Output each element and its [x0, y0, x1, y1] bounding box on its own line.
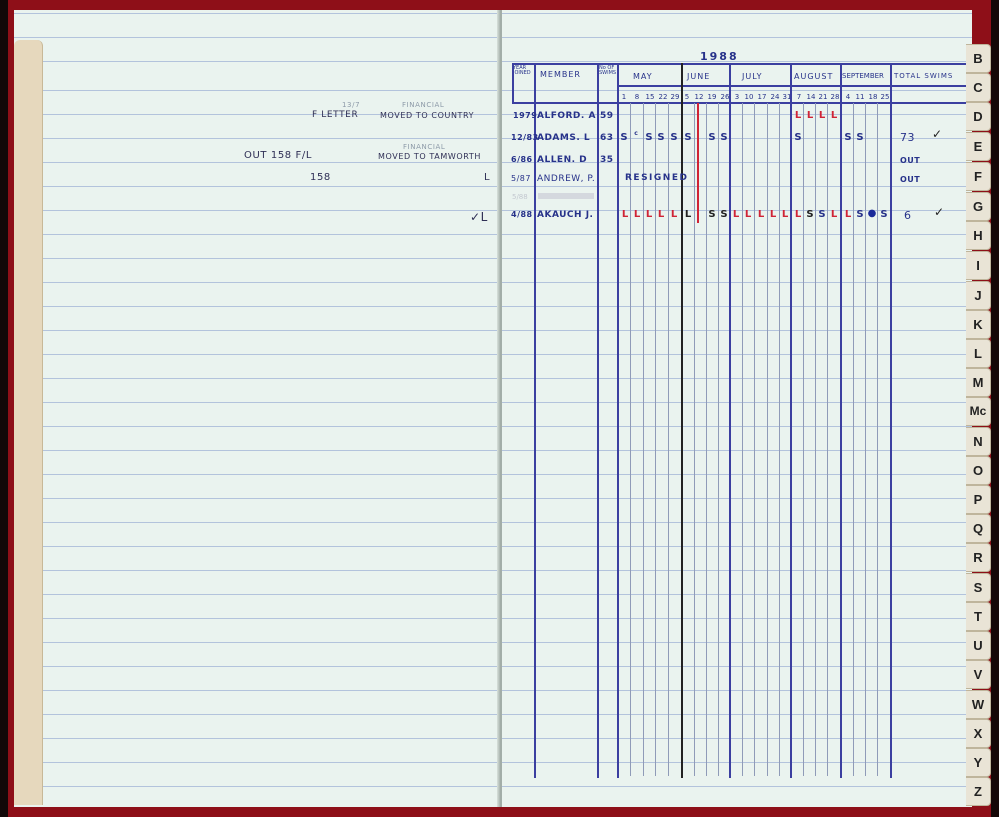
index-tab-x[interactable]: X [966, 719, 991, 748]
note-f-letter: F LETTER [312, 110, 358, 120]
index-tab-i[interactable]: I [966, 251, 991, 280]
date-line [779, 103, 780, 776]
header-no-of-swims: No OF SWIMS [599, 66, 617, 76]
mark-jun-19: S [706, 132, 718, 143]
year-joined: 4/88 [511, 210, 533, 219]
index-tab-p[interactable]: P [966, 485, 991, 514]
date-line [630, 103, 631, 776]
col-line-july [729, 63, 731, 778]
header-year-joined: YEAR JOINED [513, 66, 535, 76]
date-line [742, 103, 743, 776]
mark-may-8: L [631, 209, 643, 220]
mark-may-22: L [655, 209, 667, 220]
mark-aug-7: L [792, 110, 804, 121]
col-line-swims [597, 63, 599, 778]
mark-aug-7: L [792, 209, 804, 220]
check-icon: ✓ [934, 205, 944, 219]
date-line [754, 103, 755, 776]
date-line [803, 103, 804, 776]
date-line [767, 103, 768, 776]
date-jun-12: 12 [692, 93, 706, 101]
mark-may-1: S [618, 132, 630, 143]
index-tab-l[interactable]: L [966, 339, 991, 368]
mark-may-1: L [619, 209, 631, 220]
note-date: 13/7 [342, 101, 360, 109]
date-line [827, 103, 828, 776]
total-swims: 73 [900, 131, 915, 144]
note-out-158: OUT 158 F/L [244, 150, 312, 161]
index-tab-z[interactable]: Z [966, 777, 991, 806]
header-month-june: JUNE [687, 72, 710, 81]
col-line-may [617, 63, 619, 778]
mark-aug-28: L [828, 209, 840, 220]
header-month-may: MAY [633, 72, 653, 81]
mark-may-29: L [668, 209, 680, 220]
index-tab-d[interactable]: D [966, 102, 991, 131]
index-tab-o[interactable]: O [966, 456, 991, 485]
index-tab-k[interactable]: K [966, 310, 991, 339]
header-month-august: AUGUST [794, 72, 833, 81]
header-month-september: SEPTEMBER [842, 72, 884, 80]
mark-jun-5: S [682, 132, 694, 143]
member-name: ADAMS. L [537, 133, 590, 143]
date-line [815, 103, 816, 776]
col-line-member [534, 63, 536, 778]
member-name: ALLEN. D [537, 155, 587, 165]
header-month-july: JULY [742, 72, 763, 81]
red-cutoff-line [697, 103, 699, 223]
left-page [14, 10, 499, 807]
index-tab-e[interactable]: E [966, 132, 991, 161]
header-total-swims: TOTAL SWIMS [894, 72, 953, 80]
date-jul-17: 17 [755, 93, 769, 101]
mark-may-15: L [643, 209, 655, 220]
date-line [865, 103, 866, 776]
mark-aug-7: S [792, 132, 804, 143]
index-tab-q[interactable]: Q [966, 514, 991, 543]
member-name: ALFORD. A [537, 111, 596, 121]
index-tab-h[interactable]: H [966, 221, 991, 250]
right-page [502, 10, 972, 807]
date-line [643, 103, 644, 776]
mark-may-15: S [643, 132, 655, 143]
swim-count: 59 [600, 111, 614, 121]
mark-jul-24: L [767, 209, 779, 220]
note-moved-country: MOVED TO COUNTRY [380, 111, 474, 120]
mark-jun-5: L [682, 209, 694, 220]
note-financial: FINANCIAL [403, 143, 445, 151]
member-name: ANDREW, P. [537, 174, 595, 184]
index-tab-m[interactable]: M [966, 368, 991, 397]
mark-jul-3: L [730, 209, 742, 220]
header-top-line [512, 63, 968, 65]
date-line [853, 103, 854, 776]
date-sep-11: 11 [853, 93, 867, 101]
year-joined: 6/86 [511, 155, 533, 164]
ledger-year: 1988 [700, 50, 739, 63]
swim-count: 35 [600, 155, 614, 165]
swim-count: 63 [600, 133, 614, 143]
note-check-l: ✓L [470, 210, 488, 224]
mark-jun-26: S [718, 209, 730, 220]
mark-sep-25: S [878, 209, 890, 220]
index-tab-n[interactable]: N [966, 427, 991, 456]
index-tab-mc[interactable]: Mc [966, 397, 991, 426]
date-may-15: 15 [643, 93, 657, 101]
mark-may-29: S [668, 132, 680, 143]
mark-jul-17: L [755, 209, 767, 220]
year-joined-struck: 5/88 [512, 193, 528, 201]
date-line [718, 103, 719, 776]
mark-aug-21: S [816, 209, 828, 220]
header-member: MEMBER [540, 70, 581, 79]
date-line [668, 103, 669, 776]
ink-blot-sep-18: ● [866, 208, 878, 219]
mark-may-8: c [630, 130, 642, 137]
date-jun-19: 19 [705, 93, 719, 101]
date-may-1: 1 [617, 93, 631, 101]
index-tab-j[interactable]: J [966, 281, 991, 310]
col-line [512, 63, 514, 103]
date-line [706, 103, 707, 776]
mark-jul-10: L [742, 209, 754, 220]
year-joined: 5/87 [511, 174, 531, 183]
date-jul-10: 10 [742, 93, 756, 101]
member-struck [538, 193, 594, 199]
col-line-august [790, 63, 792, 778]
index-tab-f[interactable]: F [966, 162, 991, 191]
left-page-flap [14, 40, 43, 805]
mark-aug-14: L [804, 110, 816, 121]
note-financial: FINANCIAL [402, 101, 444, 109]
member-name: AKAUCH J. [537, 210, 593, 220]
col-line-total [890, 63, 892, 778]
mark-sep-11: S [854, 209, 866, 220]
index-tab-s[interactable]: S [966, 573, 991, 602]
mark-may-22: S [655, 132, 667, 143]
mark-aug-21: L [816, 110, 828, 121]
mark-sep-4: L [842, 209, 854, 220]
index-tab-g[interactable]: G [966, 192, 991, 221]
index-tab-b[interactable]: B [966, 44, 991, 73]
total-swims: 6 [904, 209, 912, 222]
date-line [694, 103, 695, 776]
mark-jul-31: L [779, 209, 791, 220]
date-line [655, 103, 656, 776]
total-swims-out: OUT [900, 156, 920, 165]
index-tab-t[interactable]: T [966, 602, 991, 631]
index-tab-v[interactable]: V [966, 660, 991, 689]
mark-aug-28: L [828, 110, 840, 121]
header-bottom-line [512, 102, 968, 104]
mark-jun-26: S [718, 132, 730, 143]
date-may-8: 8 [630, 93, 644, 101]
index-tab-u[interactable]: U [966, 631, 991, 660]
month-divider-line [618, 85, 968, 87]
mark-aug-14: S [804, 209, 816, 220]
year-joined: 1979 [513, 111, 537, 120]
mark-sep-4: S [842, 132, 854, 143]
col-line-september [840, 63, 842, 778]
index-tab-w[interactable]: W [966, 690, 991, 719]
cover-edge [991, 0, 999, 817]
note-moved-tamworth: MOVED TO TAMWORTH [378, 152, 481, 161]
mark-jun-19: S [706, 209, 718, 220]
index-tab-y[interactable]: Y [966, 748, 991, 777]
year-joined: 12/83 [511, 133, 539, 142]
note-158: 158 [310, 172, 331, 183]
cover-edge [0, 0, 8, 817]
date-line [877, 103, 878, 776]
resigned-note: RESIGNED [625, 173, 688, 183]
index-tab-r[interactable]: R [966, 543, 991, 572]
col-line-june [681, 63, 683, 778]
mark-sep-11: S [854, 132, 866, 143]
total-swims-out: OUT [900, 175, 920, 184]
check-icon: ✓ [932, 127, 942, 141]
index-tab-c[interactable]: C [966, 73, 991, 102]
note-l-flag: L [484, 172, 490, 183]
